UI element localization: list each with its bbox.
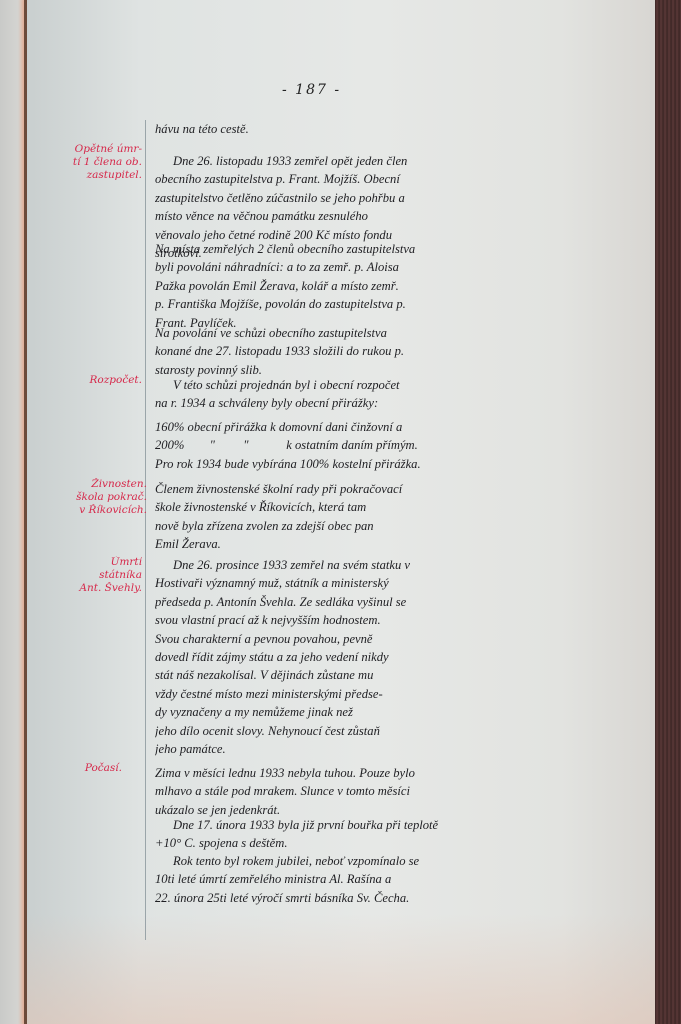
text-line: škole živnostenské v Říkovicích, která t… xyxy=(155,498,650,516)
text-line: předseda p. Antonín Švehla. Ze sedláka v… xyxy=(155,593,650,611)
margin-note-line: Ant. Švehly. xyxy=(50,582,142,595)
text-line: byli povoláni náhradníci: a to za zemř. … xyxy=(155,258,650,276)
margin-note-member-death: Opětné úmr- tí 1 člena ob. zastupitel. xyxy=(50,143,142,182)
text-line: Dne 26. listopadu 1933 zemřel opět jeden… xyxy=(155,152,650,170)
text-line: Na povolání ve schůzi obecního zastupite… xyxy=(155,324,650,342)
text-line: Pažka povolán Emil Žerava, kolář a místo… xyxy=(155,277,650,295)
margin-note-line: zastupitel. xyxy=(50,169,142,182)
paragraph-svehla: Dne 26. prosince 1933 zemřel na svém sta… xyxy=(155,556,650,758)
text-line: jeho památce. xyxy=(155,740,650,758)
text-line: svou vlastní prací až k nejvyšším hodnos… xyxy=(155,611,650,629)
text-line: Zima v měsíci lednu 1933 nebyla tuhou. P… xyxy=(155,764,650,782)
text-line: 200% " " k ostatním daním přímým. xyxy=(155,436,650,454)
margin-rule-line xyxy=(145,120,146,940)
margin-note-line: v Říkovicích. xyxy=(55,504,147,517)
text-line: konané dne 27. listopadu 1933 složili do… xyxy=(155,342,650,360)
text-line: Hostivaři významný muž, státník a minist… xyxy=(155,574,650,592)
margin-note-line: státníka xyxy=(50,569,142,582)
paragraph-winter: Zima v měsíci lednu 1933 nebyla tuhou. P… xyxy=(155,764,650,819)
text-line: obecního zastupitelstva p. Frant. Mojžíš… xyxy=(155,170,650,188)
margin-note-line: Živnosten. xyxy=(55,478,147,491)
text-line: Na místa zemřelých 2 členů obecního zast… xyxy=(155,240,650,258)
margin-note-line: Úmrtí xyxy=(50,556,142,569)
paragraph-surcharges: 160% obecní přirážka k domovní dani činž… xyxy=(155,418,650,473)
text-line: 160% obecní přirážka k domovní dani činž… xyxy=(155,418,650,436)
text-line: +10° C. spojena s deštěm. xyxy=(155,834,650,852)
page-number: - 187 - xyxy=(282,82,341,98)
paragraph-storm: Dne 17. února 1933 byla již první bouřka… xyxy=(155,816,650,853)
text-line: 22. února 25ti leté výročí smrti básníka… xyxy=(155,889,650,907)
text-line: Pro rok 1934 bude vybírána 100% kostelní… xyxy=(155,455,650,473)
text-line: Emil Žerava. xyxy=(155,535,650,553)
text-line: p. Františka Mojžíše, povolán do zastupi… xyxy=(155,295,650,313)
book-page-edges xyxy=(655,0,681,1024)
text-line: Členem živnostenské školní rady při pokr… xyxy=(155,480,650,498)
text-line: mlhavo a stále pod mrakem. Slunce v tomt… xyxy=(155,782,650,800)
paragraph-replacements: Na místa zemřelých 2 členů obecního zast… xyxy=(155,240,650,332)
margin-note-line: Počasí. xyxy=(30,762,122,775)
margin-note-weather: Počasí. xyxy=(30,762,122,775)
text-line: hávu na této cestě. xyxy=(155,120,650,138)
text-line: jeho dílo ocenit slovy. Nehynoucí čest z… xyxy=(155,722,650,740)
text-line: Rok tento byl rokem jubilei, neboť vzpom… xyxy=(155,852,650,870)
text-line: Dne 17. února 1933 byla již první bouřka… xyxy=(155,816,650,834)
text-line: vždy čestné místo mezi ministerskými pře… xyxy=(155,685,650,703)
text-line: 10ti leté úmrtí zemřelého ministra Al. R… xyxy=(155,870,650,888)
text-line: dovedl řídit zájmy státu a za jeho veden… xyxy=(155,648,650,666)
text-line: Dne 26. prosince 1933 zemřel na svém sta… xyxy=(155,556,650,574)
margin-note-trade-school: Živnosten. škola pokrač. v Říkovicích. xyxy=(55,478,147,517)
margin-note-line: škola pokrač. xyxy=(55,491,147,504)
text-line: nově byla zřízena zvolen za zdejší obec … xyxy=(155,517,650,535)
margin-note-death-svehla: Úmrtí státníka Ant. Švehly. xyxy=(50,556,142,595)
text-line: Svou charakterní a pevnou povahou, pevně xyxy=(155,630,650,648)
margin-note-line: Opětné úmr- xyxy=(50,143,142,156)
text-line: zastupitelstvo četlěno zúčastnilo se jeh… xyxy=(155,189,650,207)
left-page-edge xyxy=(0,0,26,1024)
margin-note-budget: Rozpočet. xyxy=(50,374,142,387)
text-line: stát náš nezakolísal. V dějinách zůstane… xyxy=(155,666,650,684)
margin-note-line: tí 1 člena ob. xyxy=(50,156,142,169)
text-line: místo věnce na věčnou památku zesnulého xyxy=(155,207,650,225)
margin-note-line: Rozpočet. xyxy=(50,374,142,387)
text-line: na r. 1934 a schváleny byly obecní přirá… xyxy=(155,394,650,412)
text-line: dy vyznačeny a my nemůžeme jinak než xyxy=(155,703,650,721)
paragraph-jubilee: Rok tento byl rokem jubilei, neboť vzpom… xyxy=(155,852,650,907)
text-line: V této schůzi projednán byl i obecní roz… xyxy=(155,376,650,394)
paragraph-trade-school: Členem živnostenské školní rady při pokr… xyxy=(155,480,650,554)
paragraph-continuation: hávu na této cestě. xyxy=(155,120,650,138)
paragraph-oath: Na povolání ve schůzi obecního zastupite… xyxy=(155,324,650,379)
paragraph-budget: V této schůzi projednán byl i obecní roz… xyxy=(155,376,650,413)
